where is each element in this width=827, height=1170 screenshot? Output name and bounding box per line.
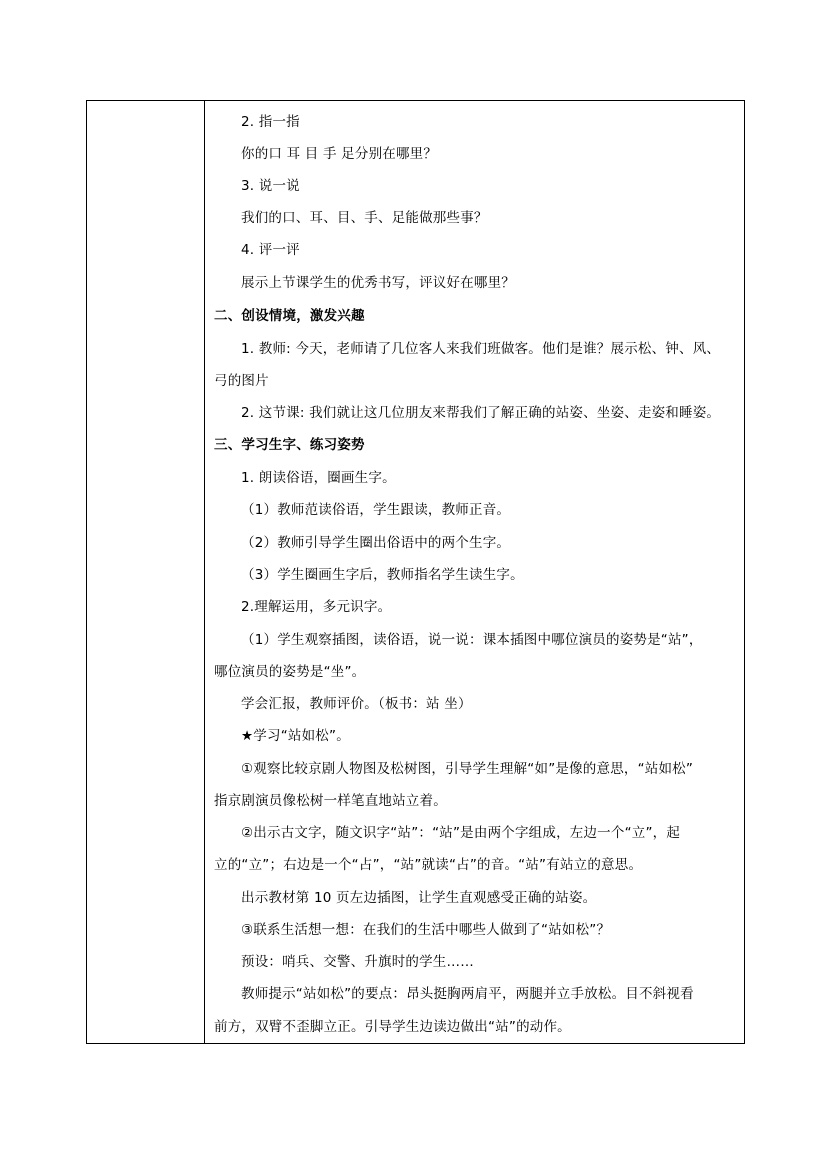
- lesson-plan-table: 2. 指一指你的口 耳 目 手 足分别在哪里？3. 说一说我们的口、耳、目、手、…: [86, 100, 745, 1044]
- text-line: 3. 说一说: [241, 174, 300, 194]
- text-line: ②出示古文字，随文识字“站”：“站”是由两个字组成，左边一个“立”，起: [241, 821, 680, 841]
- text-line: 预设：哨兵、交警、升旗时的学生……: [241, 950, 474, 970]
- text-line: 教师提示“站如松”的要点：昂头挺胸两肩平，两腿并立手放松。目不斜视看: [241, 982, 694, 1002]
- text-line: 2.理解运用，多元识字。: [241, 595, 391, 615]
- section-heading: 三、学习生字、练习姿势: [214, 433, 365, 453]
- text-line: 指京剧演员像松树一样笔直地站立着。: [214, 789, 447, 809]
- text-line: 哪位演员的姿势是“坐”。: [214, 660, 365, 680]
- text-line: （1）学生观察插图，读俗语，说一说：课本插图中哪位演员的姿势是“站”，: [241, 628, 703, 648]
- text-line: 2. 指一指: [241, 110, 300, 130]
- text-line: 出示教材第 10 页左边插图，让学生直观感受正确的站姿。: [241, 886, 596, 906]
- text-line: 前方，双臂不歪脚立正。引导学生边读边做出“站”的动作。: [214, 1015, 571, 1035]
- text-line: 弓的图片: [214, 369, 269, 389]
- text-line: 2. 这节课: 我们就让这几位朋友来帮我们了解正确的站姿、坐姿、走姿和睡姿。: [241, 401, 720, 421]
- text-line: 1. 教师: 今天，老师请了几位客人来我们班做客。他们是谁？展示松、钟、风、: [241, 337, 720, 357]
- text-line: （3）学生圈画生字后，教师指名学生读生字。: [241, 563, 524, 583]
- text-line: （2）教师引导学生圈出俗语中的两个生字。: [241, 531, 510, 551]
- text-line: 4. 评一评: [241, 238, 300, 258]
- text-line: 立的“立”；右边是一个“占”，“站”就读“占”的音。“站”有站立的意思。: [214, 853, 642, 873]
- text-line: ③联系生活想一想：在我们的生活中哪些人做到了“站如松”？: [241, 918, 610, 938]
- text-line: 展示上节课学生的优秀书写，评议好在哪里？: [241, 271, 515, 291]
- text-line: 你的口 耳 目 手 足分别在哪里？: [241, 142, 437, 162]
- left-column-cell: [87, 101, 205, 1043]
- section-heading: 二、创设情境，激发兴趣: [214, 304, 365, 324]
- text-line: ①观察比较京剧人物图及松树图，引导学生理解“如”是像的意思，“站如松”: [241, 757, 693, 777]
- text-line: （1）教师范读俗语，学生跟读，教师正音。: [241, 498, 510, 518]
- content-cell: 2. 指一指你的口 耳 目 手 足分别在哪里？3. 说一说我们的口、耳、目、手、…: [205, 101, 744, 1043]
- text-line: ★学习“站如松”。: [241, 724, 350, 744]
- text-line: 学会汇报，教师评价。（板书：站 坐）: [241, 692, 472, 712]
- text-line: 1. 朗读俗语，圈画生字。: [241, 466, 396, 486]
- text-line: 我们的口、耳、目、手、足能做那些事？: [241, 206, 488, 226]
